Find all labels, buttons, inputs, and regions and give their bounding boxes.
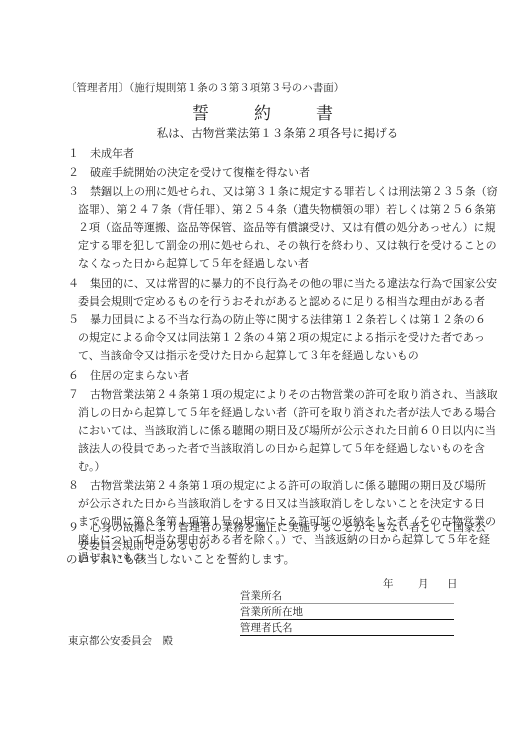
clause-line: む。） — [78, 460, 106, 473]
clause-line: ６ 住居の定まらない者 — [68, 369, 189, 382]
business-address-field[interactable]: 営業所所在地 — [240, 606, 454, 620]
clause-line: ９ 心身の故障により管理者の業務を適正に実施することができない者として国家公 — [68, 521, 486, 534]
clause-line: が公示された日から当該取消しをする日又は当該取消しをしないことを決定する日 — [78, 497, 485, 510]
intro-text: 私は、古物営業法第１３条第２項各号に掲げる — [0, 125, 525, 141]
oath-document: 〔管理者用〕（施行規則第１条の３第３項第３号のハ書面） 誓 約 書 私は、古物営… — [0, 0, 525, 739]
clause-line: 委員会規則で定めるものを行うおそれがあると認めるに足りる相当な理由がある者 — [78, 295, 485, 308]
clause-line: ２ 破産手続開始の決定を受けて復権を得ない者 — [68, 166, 310, 179]
form-label: 〔管理者用〕（施行規則第１条の３第３項第３号のハ書面） — [66, 80, 344, 95]
clause-line: ７ 古物営業法第２４条第１項の規定によりその古物営業の許可を取り消され、当該取 — [68, 388, 498, 401]
clause-line: においては、当該取消しに係る聴聞の期日及び場所が公示された日前６０日以内に当 — [78, 424, 496, 437]
business-name-field[interactable]: 営業所名 — [240, 590, 454, 604]
oath-statement: のいずれにも該当しないことを誓約します。 — [66, 551, 295, 567]
business-name-label: 営業所名 — [240, 590, 282, 602]
clause-line: 消しの日から起算して５年を経過しない者（許可を取り消された者が法人である場合 — [78, 406, 496, 419]
clause-line: ３ 禁錮以上の刑に処せられ、又は第３１条に規定する罪若しくは刑法第２３５条（窃 — [68, 185, 498, 198]
clause-line: の規定による命令又は同法第１２条の４第２項の規定による指示を受けた者であっ — [78, 331, 485, 344]
clause-line: ２項（盗品等運搬、盗品等保管、盗品等有償譲受け、又は有償の処分あっせん）に規 — [78, 221, 495, 234]
clause-line: ４ 集団的に、又は常習的に暴力的不良行為その他の罪に当たる違法な行為で国家公安 — [68, 277, 497, 290]
clause-line: 定する罪を犯して罰金の刑に処せられ、その執行を終わり、又は執行を受けることの — [78, 239, 497, 252]
clause-line: ５ 暴力団員による不当な行為の防止等に関する法律第１２条若しくは第１２条の６ — [68, 313, 486, 326]
clause-line: ８ 古物営業法第２４条第１項の規定による許可の取消しに係る聴聞の期日及び場所 — [68, 479, 486, 492]
manager-name-label: 管理者氏名 — [240, 622, 293, 634]
clause-line: なくなった日から起算して５年を経過しない者 — [78, 257, 309, 270]
clause-line: 該法人の役員であった者で当該取消しの日から起算して５年を経過しないものを含 — [78, 442, 485, 455]
clause-line: て、当該命令又は指示を受けた日から起算して３年を経過しないもの — [78, 349, 419, 362]
clause-line: 盗罪）、第２４７条（背任罪）、第２５４条（遺失物横領の罪）若しくは第２５６条第 — [78, 203, 496, 216]
date-month-label: 月 — [418, 576, 429, 591]
addressee: 東京都公安委員会 殿 — [68, 633, 173, 648]
date-day-label: 日 — [447, 576, 458, 591]
document-title: 誓 約 書 — [0, 99, 525, 124]
clause-line: １ 未成年者 — [68, 147, 134, 160]
manager-name-field[interactable]: 管理者氏名 — [240, 622, 454, 636]
business-address-label: 営業所所在地 — [240, 606, 303, 618]
date-year-label: 年 — [383, 576, 394, 591]
